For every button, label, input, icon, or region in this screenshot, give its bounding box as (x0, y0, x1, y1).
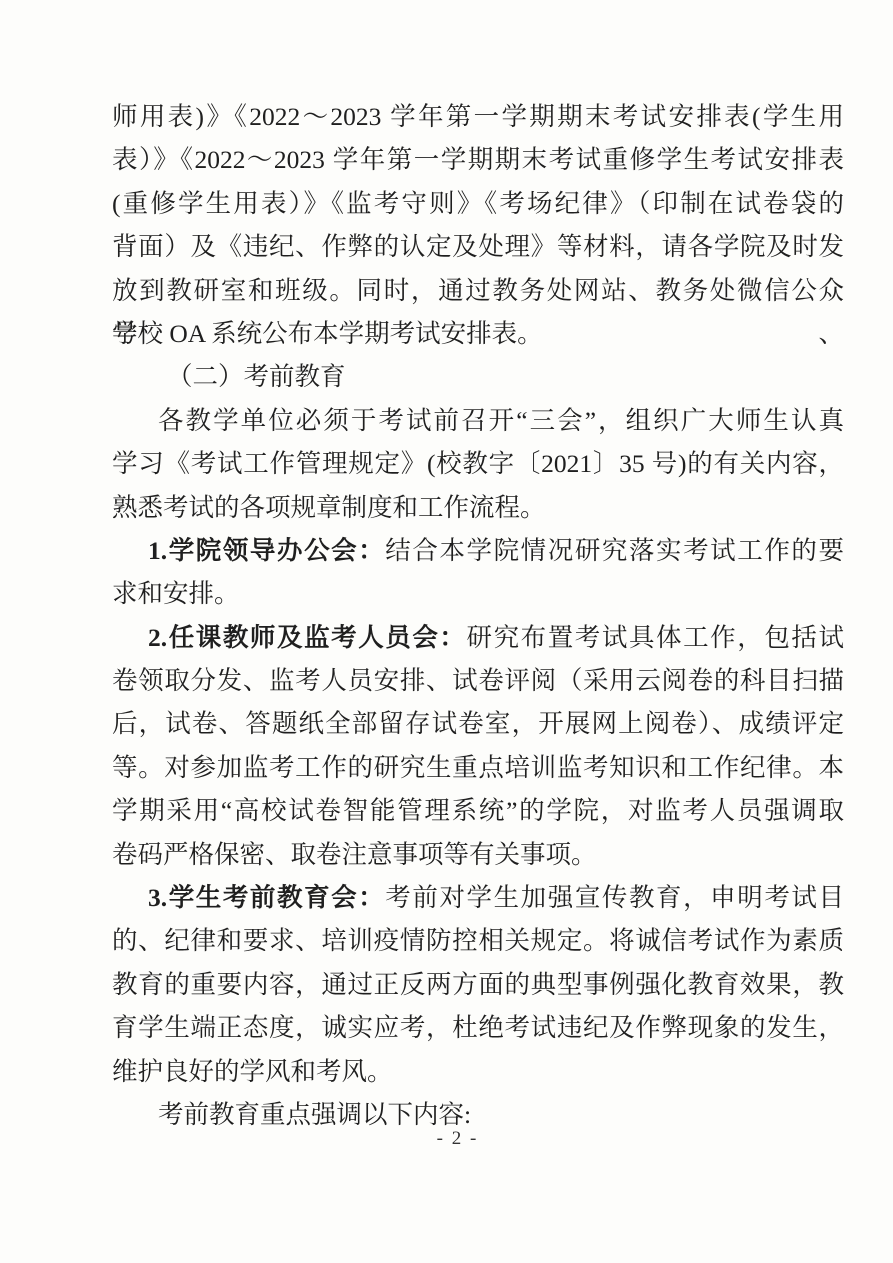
text-segment: 学期采用“高校试卷智能管理系统”的学院，对监考人员强调取 (112, 796, 844, 825)
numbered-item-lead: 1.学院领导办公会： (148, 536, 385, 565)
page-number: - 2 - (0, 1128, 893, 1150)
text-segment: 后，试卷、答题纸全部留存试卷室，开展网上阅卷）、成绩评定 (112, 709, 844, 738)
text-segment: 学校 OA 系统公布本学期考试安排表。 (112, 319, 543, 348)
text-segment: （二）考前教育 (167, 362, 346, 391)
text-segment: 师用表)》《2022～2023 学年第一学期期末考试安排表(学生用 (112, 102, 844, 131)
text-segment: 卷领取分发、监考人员安排、试卷评阅（采用云阅卷的科目扫描 (112, 666, 844, 695)
text-segment: 考前对学生加强宣传教育，申明考试目 (385, 883, 844, 912)
text-segment: 育学生端正态度，诚实应考，杜绝考试违纪及作弊现象的发生， (112, 1013, 844, 1042)
text-segment: 教育的重要内容，通过正反两方面的典型事例强化教育效果，教 (112, 970, 844, 999)
document-line: 后，试卷、答题纸全部留存试卷室，开展网上阅卷）、成绩评定 (112, 702, 844, 745)
document-line: 维护良好的学风和考风。 (112, 1050, 844, 1093)
document-line: 表）》《2022～2023 学年第一学期期末考试重修学生考试安排表 (112, 138, 844, 181)
document-text: 师用表)》《2022～2023 学年第一学期期末考试安排表(学生用表）》《202… (112, 95, 844, 1136)
text-segment: 的、纪律和要求、培训疫情防控相关规定。将诚信考试作为素质 (112, 926, 844, 955)
document-line: 卷领取分发、监考人员安排、试卷评阅（采用云阅卷的科目扫描 (112, 659, 844, 702)
section-heading-line: （二）考前教育 (112, 355, 844, 398)
document-line: 3.学生考前教育会：考前对学生加强宣传教育，申明考试目 (112, 876, 844, 919)
document-line: 熟悉考试的各项规章制度和工作流程。 (112, 486, 844, 529)
numbered-item-lead: 3.学生考前教育会： (148, 883, 385, 912)
document-line: 师用表)》《2022～2023 学年第一学期期末考试安排表(学生用 (112, 95, 844, 138)
text-segment: 学习《考试工作管理规定》(校教字〔2021〕35 号)的有关内容， (112, 449, 844, 478)
text-segment: 考前教育重点强调以下内容: (158, 1100, 471, 1129)
document-line: 1.学院领导办公会：结合本学院情况研究落实考试工作的要 (112, 529, 844, 572)
document-line: 的、纪律和要求、培训疫情防控相关规定。将诚信考试作为素质 (112, 919, 844, 962)
text-segment: 研究布置考试具体工作，包括试 (467, 623, 844, 652)
document-line: 学习《考试工作管理规定》(校教字〔2021〕35 号)的有关内容， (112, 442, 844, 485)
document-line: 各教学单位必须于考试前召开“三会”，组织广大师生认真 (112, 399, 844, 442)
text-segment: 表）》《2022～2023 学年第一学期期末考试重修学生考试安排表 (112, 145, 844, 174)
document-line: 卷码严格保密、取卷注意事项等有关事项。 (112, 833, 844, 876)
document-line: 放到教研室和班级。同时，通过教务处网站、教务处微信公众号、 (112, 269, 844, 312)
text-segment: 求和安排。 (112, 579, 240, 608)
text-segment: 背面）及《违纪、作弊的认定及处理》等材料，请各学院及时发 (112, 232, 844, 261)
document-line: 2.任课教师及监考人员会：研究布置考试具体工作，包括试 (112, 616, 844, 659)
document-line: 等。对参加监考工作的研究生重点培训监考知识和工作纪律。本 (112, 746, 844, 789)
document-line: 育学生端正态度，诚实应考，杜绝考试违纪及作弊现象的发生， (112, 1006, 844, 1049)
text-segment: 维护良好的学风和考风。 (112, 1057, 393, 1086)
text-segment: (重修学生用表）》《监考守则》《考场纪律》（印制在试卷袋的 (112, 189, 844, 218)
text-segment: 卷码严格保密、取卷注意事项等有关事项。 (112, 840, 597, 869)
document-page: 师用表)》《2022～2023 学年第一学期期末考试安排表(学生用表）》《202… (0, 0, 893, 1263)
document-line: 教育的重要内容，通过正反两方面的典型事例强化教育效果，教 (112, 963, 844, 1006)
text-segment: 各教学单位必须于考试前召开“三会”，组织广大师生认真 (158, 406, 844, 435)
text-segment: 结合本学院情况研究落实考试工作的要 (385, 536, 844, 565)
numbered-item-lead: 2.任课教师及监考人员会： (148, 623, 467, 652)
text-segment: 等。对参加监考工作的研究生重点培训监考知识和工作纪律。本 (112, 753, 844, 782)
document-line: 背面）及《违纪、作弊的认定及处理》等材料，请各学院及时发 (112, 225, 844, 268)
document-line: 学期采用“高校试卷智能管理系统”的学院，对监考人员强调取 (112, 789, 844, 832)
document-line: (重修学生用表）》《监考守则》《考场纪律》（印制在试卷袋的 (112, 182, 844, 225)
document-line: 求和安排。 (112, 572, 844, 615)
text-segment: 熟悉考试的各项规章制度和工作流程。 (112, 493, 546, 522)
